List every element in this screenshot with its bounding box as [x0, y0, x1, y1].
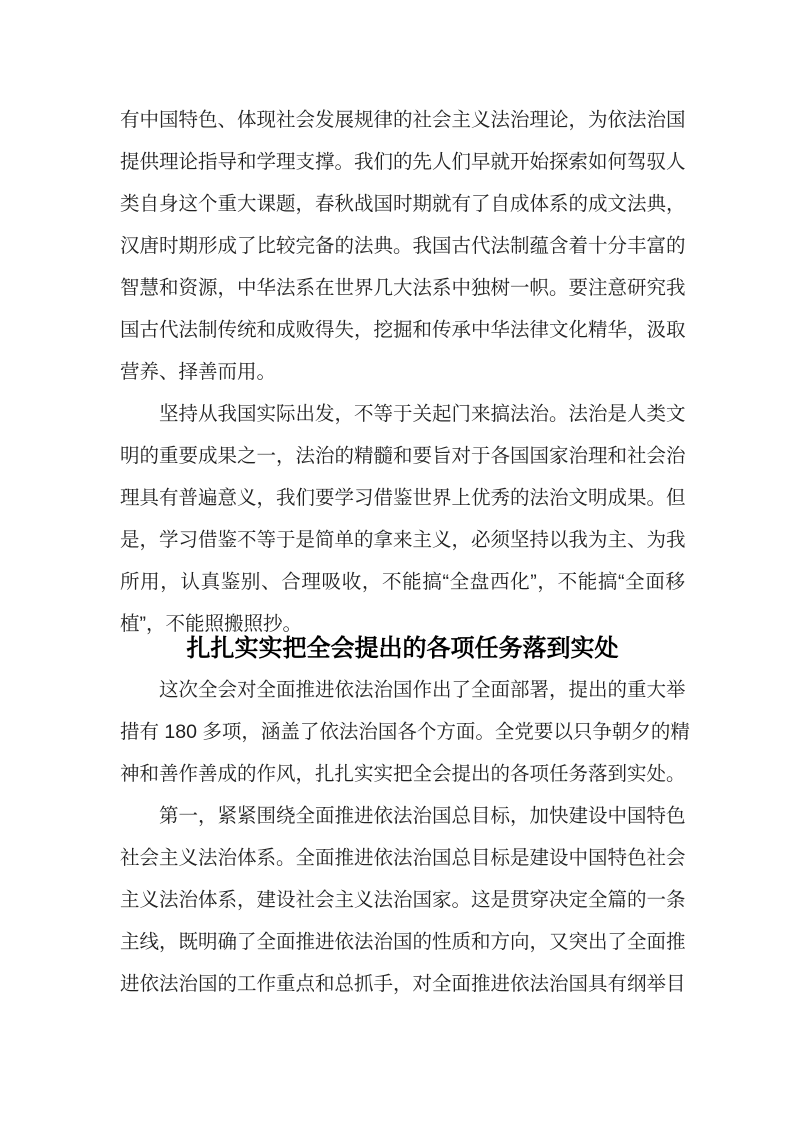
text-line: 措有 180 多项，涵盖了依法治国各个方面。全党要以只争朝夕的精 [120, 711, 685, 753]
text-line: 理具有普遍意义，我们要学习借鉴世界上优秀的法治文明成果。但 [120, 477, 685, 519]
text-line: 国古代法制传统和成败得失，挖掘和传承中华法律文化精华，汲取 [120, 309, 685, 351]
text-line: 神和善作善成的作风，扎扎实实把全会提出的各项任务落到实处。 [120, 753, 685, 795]
paragraph: 坚持从我国实际出发，不等于关起门来搞法治。法治是人类文明的重要成果之一，法治的精… [120, 393, 685, 645]
paragraph: 有中国特色、体现社会发展规律的社会主义法治理论，为依法治国提供理论指导和学理支撑… [120, 99, 685, 393]
text-line: 所用，认真鉴别、合理吸收，不能搞“全盘西化”，不能搞“全面移 [120, 561, 685, 603]
text-line: 提供理论指导和学理支撑。我们的先人们早就开始探索如何驾驭人 [120, 141, 685, 183]
text-line: 汉唐时期形成了比较完备的法典。我国古代法制蕴含着十分丰富的 [120, 225, 685, 267]
text-line: 主义法治体系，建设社会主义法治国家。这是贯穿决定全篇的一条 [120, 879, 685, 921]
text-line: 营养、择善而用。 [120, 351, 685, 393]
document-body: 有中国特色、体现社会发展规律的社会主义法治理论，为依法治国提供理论指导和学理支撑… [0, 0, 800, 1005]
text-line: 智慧和资源，中华法系在世界几大法系中独树一帜。要注意研究我 [120, 267, 685, 309]
text-line: 明的重要成果之一，法治的精髓和要旨对于各国国家治理和社会治 [120, 435, 685, 477]
text-line: 进依法治国的工作重点和总抓手，对全面推进依法治国具有纲举目 [120, 963, 685, 1005]
text-line: 是，学习借鉴不等于是简单的拿来主义，必须坚持以我为主、为我 [120, 519, 685, 561]
text-line: 坚持从我国实际出发，不等于关起门来搞法治。法治是人类文 [120, 393, 685, 435]
text-line: 社会主义法治体系。全面推进依法治国总目标是建设中国特色社会 [120, 837, 685, 879]
paragraph: 这次全会对全面推进依法治国作出了全面部署，提出的重大举措有 180 多项，涵盖了… [120, 669, 685, 795]
text-line: 主线，既明确了全面推进依法治国的性质和方向，又突出了全面推 [120, 921, 685, 963]
text-line: 有中国特色、体现社会发展规律的社会主义法治理论，为依法治国 [120, 99, 685, 141]
section-heading: 扎扎实实把全会提出的各项任务落到实处 [120, 633, 685, 665]
paragraph: 第一，紧紧围绕全面推进依法治国总目标，加快建设中国特色社会主义法治体系。全面推进… [120, 795, 685, 1005]
document-page: 有中国特色、体现社会发展规律的社会主义法治理论，为依法治国提供理论指导和学理支撑… [0, 0, 800, 1130]
text-line: 类自身这个重大课题，春秋战国时期就有了自成体系的成文法典， [120, 183, 685, 225]
text-line: 这次全会对全面推进依法治国作出了全面部署，提出的重大举 [120, 669, 685, 711]
text-line: 第一，紧紧围绕全面推进依法治国总目标，加快建设中国特色 [120, 795, 685, 837]
